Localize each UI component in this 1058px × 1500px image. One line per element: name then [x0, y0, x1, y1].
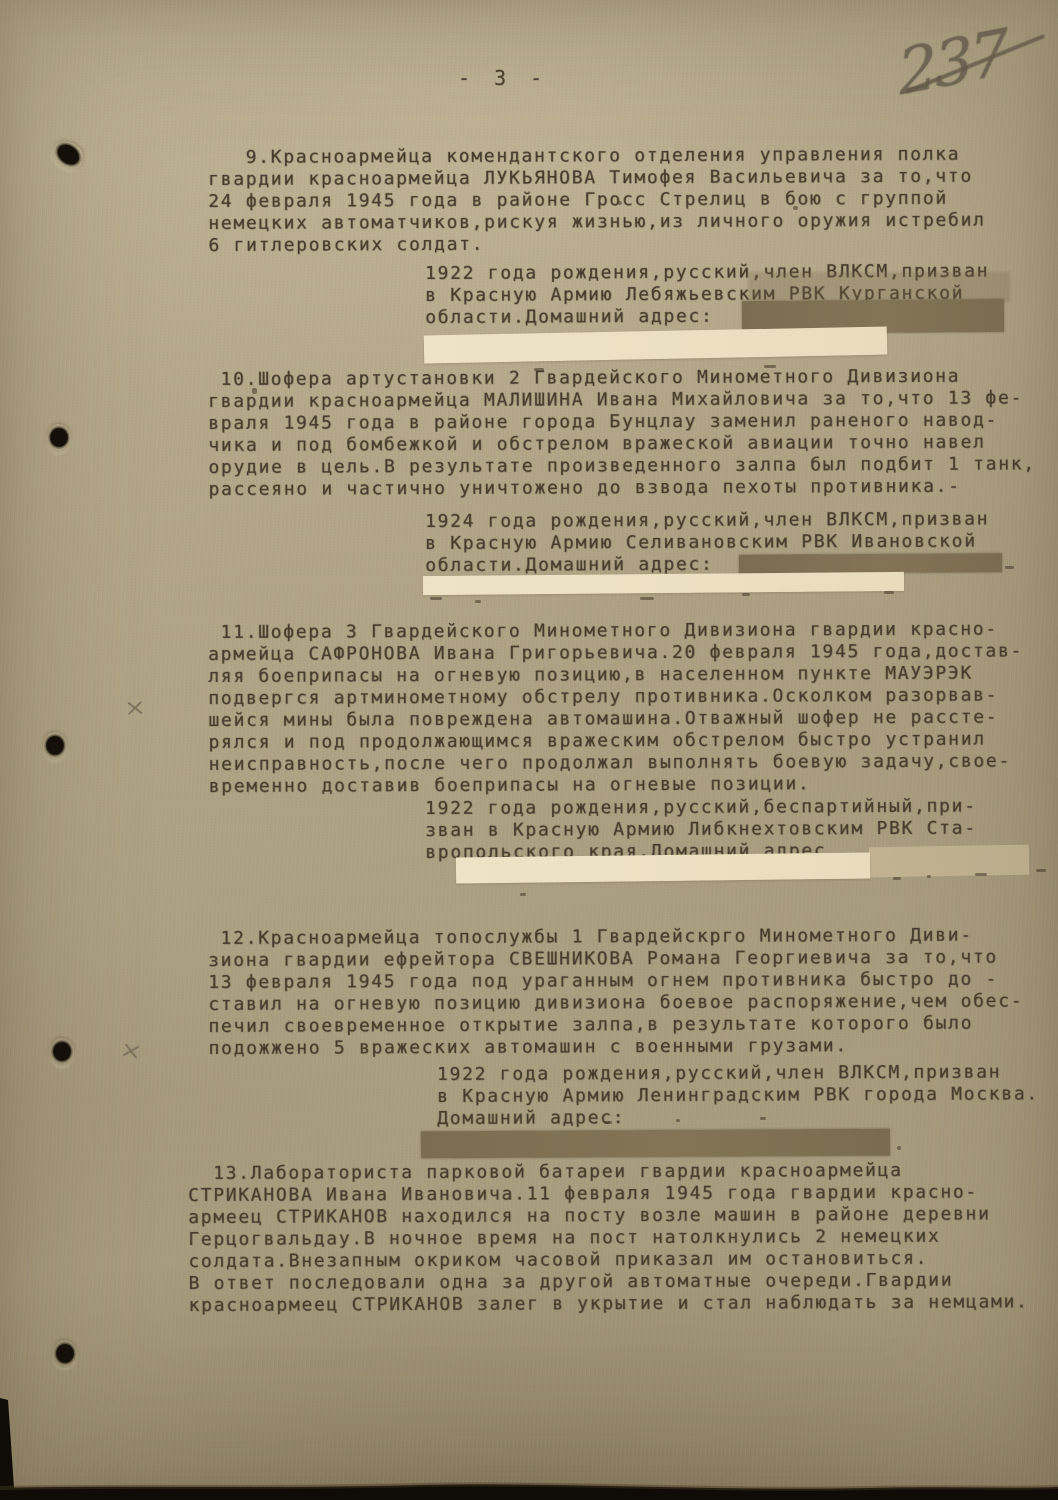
redaction-dark-block: [421, 1129, 890, 1159]
scanned-document-page: - 3 - 237 9.Красноармейца комендантского…: [0, 0, 1058, 1500]
smudge-mark: [927, 875, 931, 878]
entry-9-citation: 9.Красноармейца комендантского отделения…: [208, 144, 986, 257]
smudge-mark: [520, 893, 526, 896]
smudge-mark: [604, 1121, 612, 1124]
smudge-mark: [742, 593, 750, 596]
entry-13-citation: 13.Лабораториста парковой батареи гварди…: [188, 1159, 1029, 1317]
entry-12-citation: 12.Красноармейца топослужбы 1 Гвардейскр…: [208, 924, 1023, 1060]
scan-edge: [0, 1398, 1058, 1500]
smudge-mark: [676, 1119, 680, 1122]
redaction-tan-block: [869, 845, 1029, 878]
smudge-mark: [897, 1146, 901, 1150]
redaction-cream-block: [456, 852, 870, 883]
entry-10-citation: 10.Шофера артустановки 2 Гвардейского Ми…: [208, 365, 1036, 501]
entry-11-citation: 11.Шофера 3 Гвардейского Минометного Див…: [208, 618, 1024, 798]
smudge-mark: [252, 388, 257, 394]
smudge-mark: [430, 597, 442, 600]
smudge-mark: [884, 591, 894, 594]
smudge-mark: [760, 1117, 766, 1120]
smudge-mark: [893, 877, 901, 880]
smudge-mark: [793, 206, 798, 210]
smudge-mark: [1036, 869, 1046, 872]
entry-12-details: 1922 года рождения,русский,член ВЛКСМ,пр…: [437, 1061, 1039, 1130]
smudge-mark: [475, 600, 481, 603]
smudge-mark: [764, 365, 776, 368]
smudge-mark: [1005, 566, 1014, 569]
page-number: - 3 -: [458, 66, 548, 90]
redaction-dark-block: [739, 553, 1002, 573]
smudge-mark: [618, 201, 622, 205]
redaction-shadow: [748, 272, 1010, 302]
pencil-x-mark: [126, 701, 144, 715]
smudge-mark: [640, 597, 654, 600]
smudge-mark: [534, 368, 544, 371]
smudge-mark: [975, 873, 987, 876]
